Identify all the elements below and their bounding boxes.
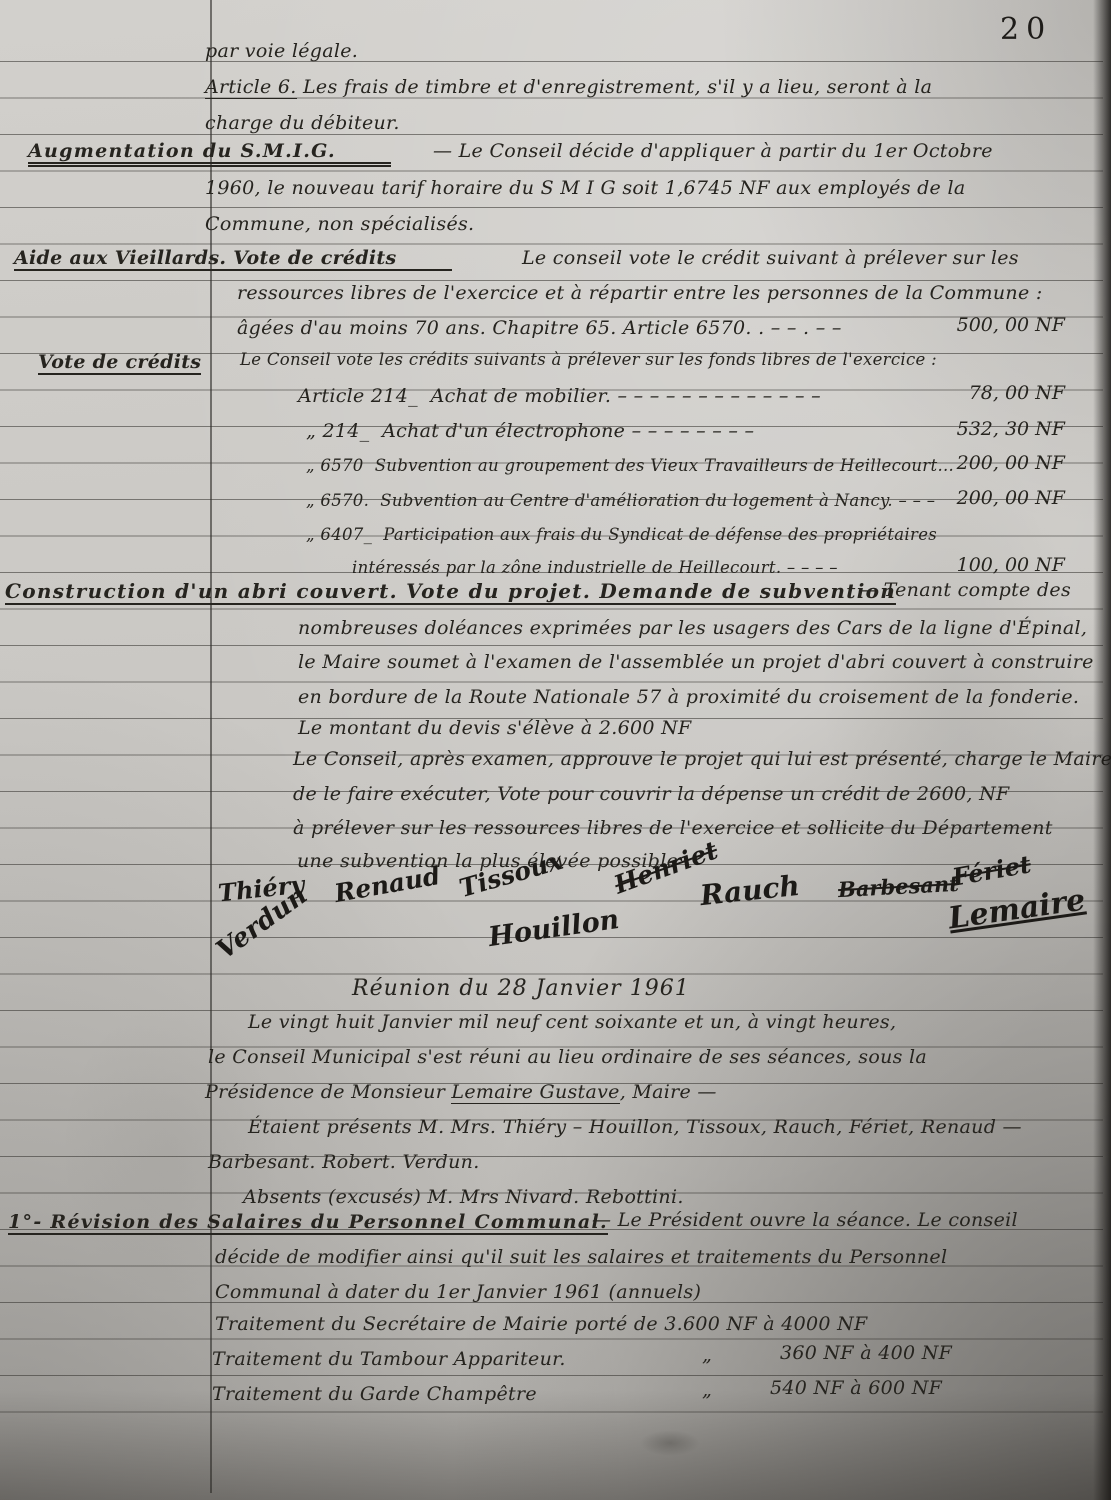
text-line: par voie légale. bbox=[205, 40, 358, 62]
text-line: le Maire soumet à l'examen de l'assemblé… bbox=[298, 651, 1094, 673]
text-line: nombreuses doléances exprimées par les u… bbox=[298, 617, 1087, 639]
credit-item: „ 6407_ Participation aux frais du Syndi… bbox=[306, 525, 937, 544]
credit-item: Article 214_ Achat de mobilier. – – – – … bbox=[298, 385, 821, 407]
signature: Houillon bbox=[486, 904, 621, 953]
credit-label: Achat de mobilier. – – – – – – – – – – –… bbox=[431, 385, 821, 407]
credit-item: „ 6570 Subvention au groupement des Vieu… bbox=[306, 456, 954, 475]
credit-amount: 200, 00 NF bbox=[890, 487, 1065, 509]
text-line: décide de modifier ainsi qu'il suit les … bbox=[215, 1246, 947, 1268]
page-shadow bbox=[0, 1390, 1111, 1500]
text-line: charge du débiteur. bbox=[205, 112, 400, 134]
credit-ref: „ 6407_ bbox=[306, 525, 372, 544]
page-number: 20 bbox=[1000, 12, 1052, 47]
text-segment: Présidence de Monsieur bbox=[205, 1081, 451, 1103]
signature: Fériet bbox=[950, 849, 1033, 891]
credit-amount: 532, 30 NF bbox=[890, 418, 1065, 440]
article-label: Article 6. bbox=[205, 76, 297, 99]
text-line: âgées d'au moins 70 ans. Chapitre 65. Ar… bbox=[237, 317, 842, 339]
text-line: à prélever sur les ressources libres de … bbox=[293, 817, 1053, 839]
credit-amount: 78, 00 NF bbox=[890, 382, 1065, 404]
section-heading-vote-credits: Vote de crédits bbox=[38, 351, 201, 375]
credit-ref: „ 214_ bbox=[306, 420, 369, 442]
credit-ref: Article 214_ bbox=[298, 385, 418, 407]
signature: Lemaire bbox=[946, 883, 1087, 937]
credit-amount: 500, 00 NF bbox=[890, 314, 1065, 336]
salary-row: Traitement du Tambour Appariteur. bbox=[212, 1348, 566, 1370]
section-heading-aide-vieillards: Aide aux Vieillards. Vote de crédits bbox=[14, 247, 452, 271]
text-line: en bordure de la Route Nationale 57 à pr… bbox=[298, 686, 1079, 708]
credit-label: Subvention au Centre d'amélioration du l… bbox=[380, 491, 935, 510]
salary-row: Traitement du Secrétaire de Mairie porté… bbox=[215, 1313, 868, 1335]
text-segment: , Maire — bbox=[620, 1081, 717, 1103]
text-line: Communal à dater du 1er Janvier 1961 (an… bbox=[215, 1281, 701, 1303]
text-line: ressources libres de l'exercice et à rép… bbox=[237, 282, 1043, 304]
credit-item: „ 214_ Achat d'un électrophone – – – – –… bbox=[306, 420, 754, 442]
text-line: Présidence de Monsieur Lemaire Gustave, … bbox=[205, 1081, 717, 1103]
text-line: Commune, non spécialisés. bbox=[205, 213, 474, 235]
article-text: Les frais de timbre et d'enregistrement,… bbox=[297, 76, 933, 98]
credit-label: Participation aux frais du Syndicat de d… bbox=[383, 525, 937, 544]
text-line: Article 6. Les frais de timbre et d'enre… bbox=[205, 76, 932, 98]
attendees-line: Barbesant. Robert. Verdun. bbox=[208, 1151, 480, 1173]
section-heading-revision-salaires: 1°- Révision des Salaires du Personnel C… bbox=[8, 1211, 608, 1235]
attendees-line: Étaient présents M. Mrs. Thiéry – Houill… bbox=[248, 1116, 1022, 1138]
credit-amount: 200, 00 NF bbox=[890, 452, 1065, 474]
text-line: Le vingt huit Janvier mil neuf cent soix… bbox=[248, 1011, 896, 1033]
absents-line: Absents (excusés) M. Mrs Nivard. Rebotti… bbox=[243, 1186, 684, 1208]
text-line: Le conseil vote le crédit suivant à prél… bbox=[522, 247, 1019, 269]
credit-amount: 100, 00 NF bbox=[890, 554, 1065, 576]
salary-range: 360 NF à 400 NF bbox=[780, 1342, 952, 1364]
credit-item: intéressés par la zône industrielle de H… bbox=[352, 558, 838, 577]
text-line: le Conseil Municipal s'est réuni au lieu… bbox=[208, 1046, 927, 1068]
photo-edge bbox=[1093, 0, 1111, 1500]
credit-label: Subvention au groupement des Vieux Trava… bbox=[375, 456, 955, 475]
text-line: Le Conseil, après examen, approuve le pr… bbox=[293, 748, 1111, 770]
mayor-name: Lemaire Gustave bbox=[451, 1081, 619, 1104]
section-heading-abri: Construction d'un abri couvert. Vote du … bbox=[5, 579, 896, 605]
text-line: Le Conseil vote les crédits suivants à p… bbox=[240, 350, 937, 369]
ditto-mark: „ bbox=[702, 1344, 712, 1366]
credit-label: Achat d'un électrophone – – – – – – – – bbox=[382, 420, 754, 442]
credit-ref: „ 6570 bbox=[306, 456, 364, 475]
text-line: 1960, le nouveau tarif horaire du S M I … bbox=[205, 177, 965, 199]
text-line: — Le Conseil décide d'appliquer à partir… bbox=[433, 140, 993, 162]
session-title: Réunion du 28 Janvier 1961 bbox=[352, 976, 690, 1001]
signature: Barbesant bbox=[837, 871, 959, 902]
section-heading-smig: Augmentation du S.M.I.G. bbox=[28, 140, 391, 167]
text-line: Le montant du devis s'élève à 2.600 NF bbox=[298, 717, 691, 739]
signature: Rauch bbox=[699, 869, 802, 912]
text-line: de le faire exécuter, Vote pour couvrir … bbox=[293, 783, 1009, 805]
register-page: 20 par voie légale. Article 6. Les frais… bbox=[0, 0, 1111, 1500]
text-line: — Le Président ouvre la séance. Le conse… bbox=[592, 1209, 1018, 1231]
credit-ref: „ 6570. bbox=[306, 491, 369, 510]
credit-item: „ 6570. Subvention au Centre d'améliorat… bbox=[306, 491, 935, 510]
text-line: — Tenant compte des bbox=[858, 579, 1071, 601]
